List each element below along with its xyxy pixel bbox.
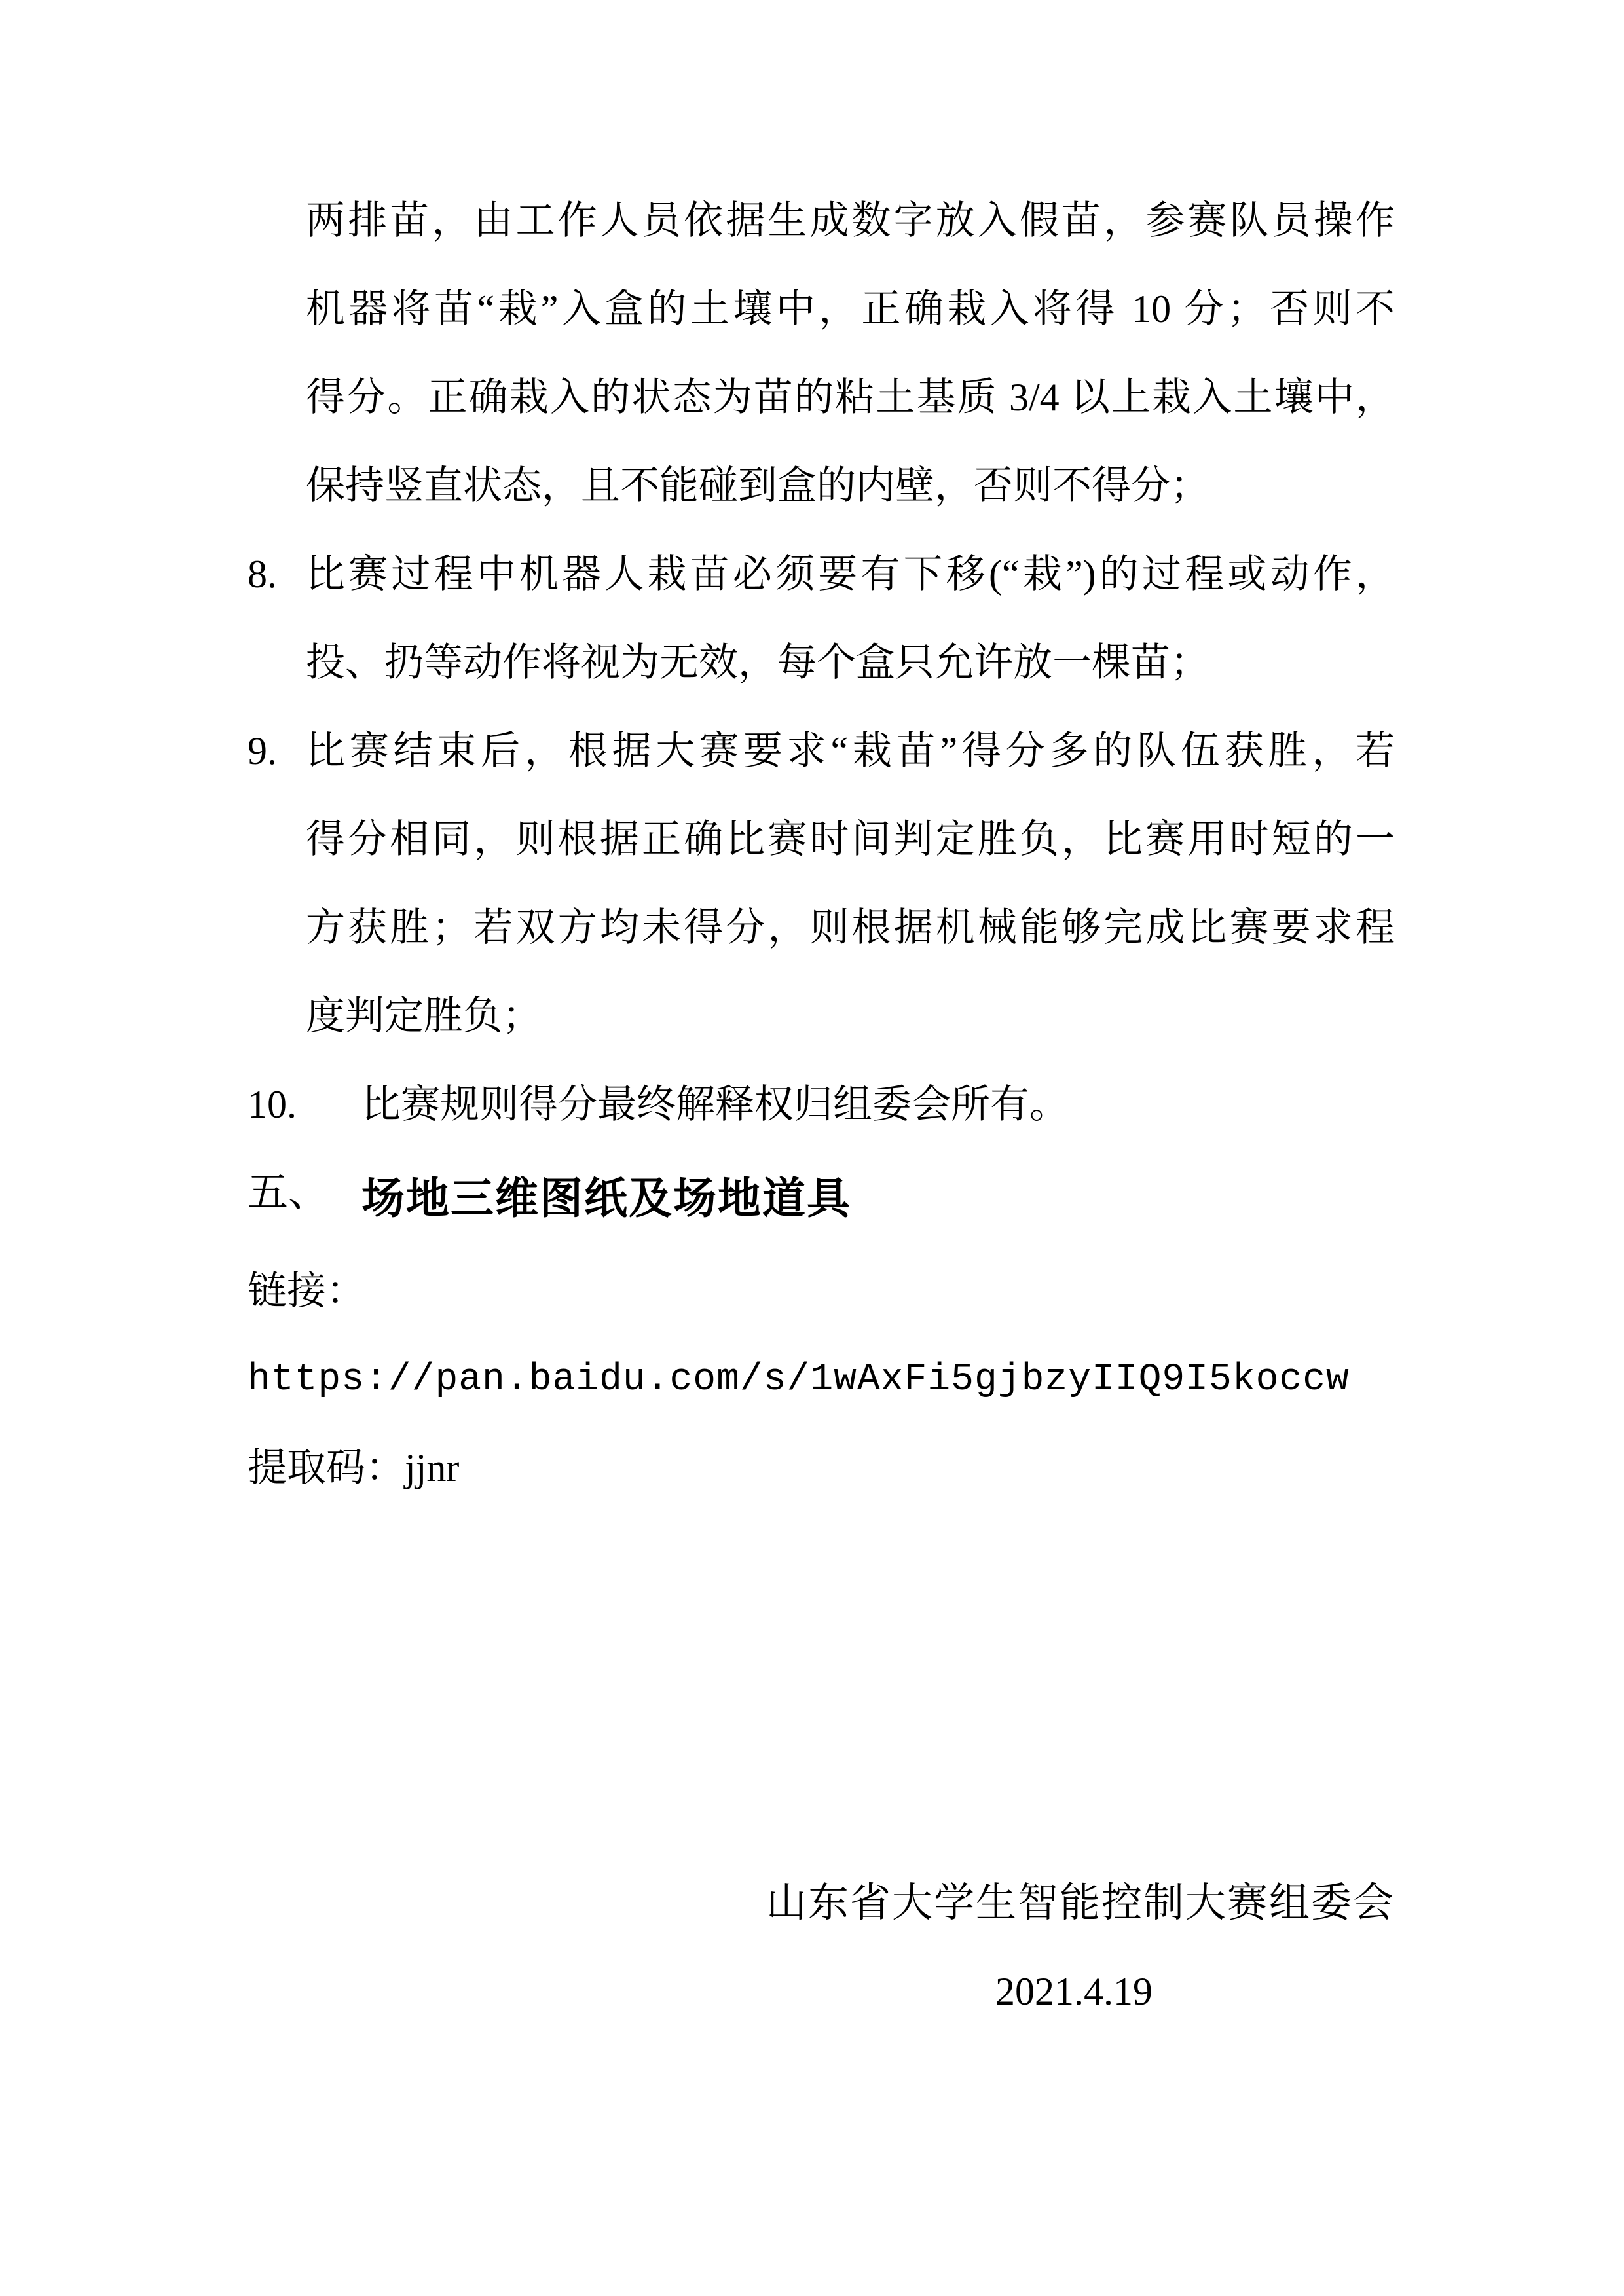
list-number: 8. [248,530,277,619]
list-number: 9. [248,707,277,795]
list-item-line: 比赛过程中机器人栽苗必须要有下移(“栽”)的过程或动作， [306,530,1395,619]
footer-block: 山东省大学生智能控制大赛组委会 2021.4.19 [248,1859,1395,2036]
section-heading-5: 五、 场地三维图纸及场地道具 [361,1149,1395,1247]
link-block: 链接： https://pan.baidu.com/s/1wAxFi5gjbzy… [248,1247,1395,1512]
list-item-10: 10. 比赛规则得分最终解释权归组委会所有。 [361,1061,1395,1149]
link-url: https://pan.baidu.com/s/1wAxFi5gjbzyIIQ9… [248,1336,1395,1424]
paragraph-line: 机器将苗“栽”入盒的土壤中，正确栽入将得 10 分；否则不 [306,265,1395,354]
extraction-code: 提取码：jjnr [248,1424,1395,1512]
list-item-8: 8. 比赛过程中机器人栽苗必须要有下移(“栽”)的过程或动作， 投、扔等动作将视… [306,530,1395,707]
paragraph-continuation: 两排苗，由工作人员依据生成数字放入假苗，参赛队员操作 机器将苗“栽”入盒的土壤中… [306,177,1395,530]
organization-signature: 山东省大学生智能控制大赛组委会 [248,1859,1395,1948]
list-item-line: 比赛结束后，根据大赛要求“栽苗”得分多的队伍获胜，若 [306,707,1395,795]
paragraph-line: 得分。正确栽入的状态为苗的粘土基质 3/4 以上栽入土壤中， [306,354,1395,442]
list-item-line: 比赛规则得分最终解释权归组委会所有。 [361,1061,1395,1149]
document-page: 两排苗，由工作人员依据生成数字放入假苗，参赛队员操作 机器将苗“栽”入盒的土壤中… [0,0,1624,2296]
paragraph-line: 保持竖直状态，且不能碰到盒的内壁，否则不得分； [306,442,1395,530]
document-date: 2021.4.19 [248,1948,1395,2036]
list-item-line: 得分相同，则根据正确比赛时间判定胜负，比赛用时短的一 [306,795,1395,884]
list-item-line: 投、扔等动作将视为无效，每个盒只允许放一棵苗； [306,619,1395,707]
link-label: 链接： [248,1247,1395,1336]
section-number: 五、 [248,1149,329,1237]
list-item-line: 度判定胜负； [306,972,1395,1061]
list-number: 10. [248,1061,297,1149]
section-title: 场地三维图纸及场地道具 [361,1149,1395,1247]
paragraph-line: 两排苗，由工作人员依据生成数字放入假苗，参赛队员操作 [306,177,1395,265]
list-item-line: 方获胜；若双方均未得分，则根据机械能够完成比赛要求程 [306,884,1395,972]
list-item-9: 9. 比赛结束后，根据大赛要求“栽苗”得分多的队伍获胜，若 得分相同，则根据正确… [306,707,1395,1061]
